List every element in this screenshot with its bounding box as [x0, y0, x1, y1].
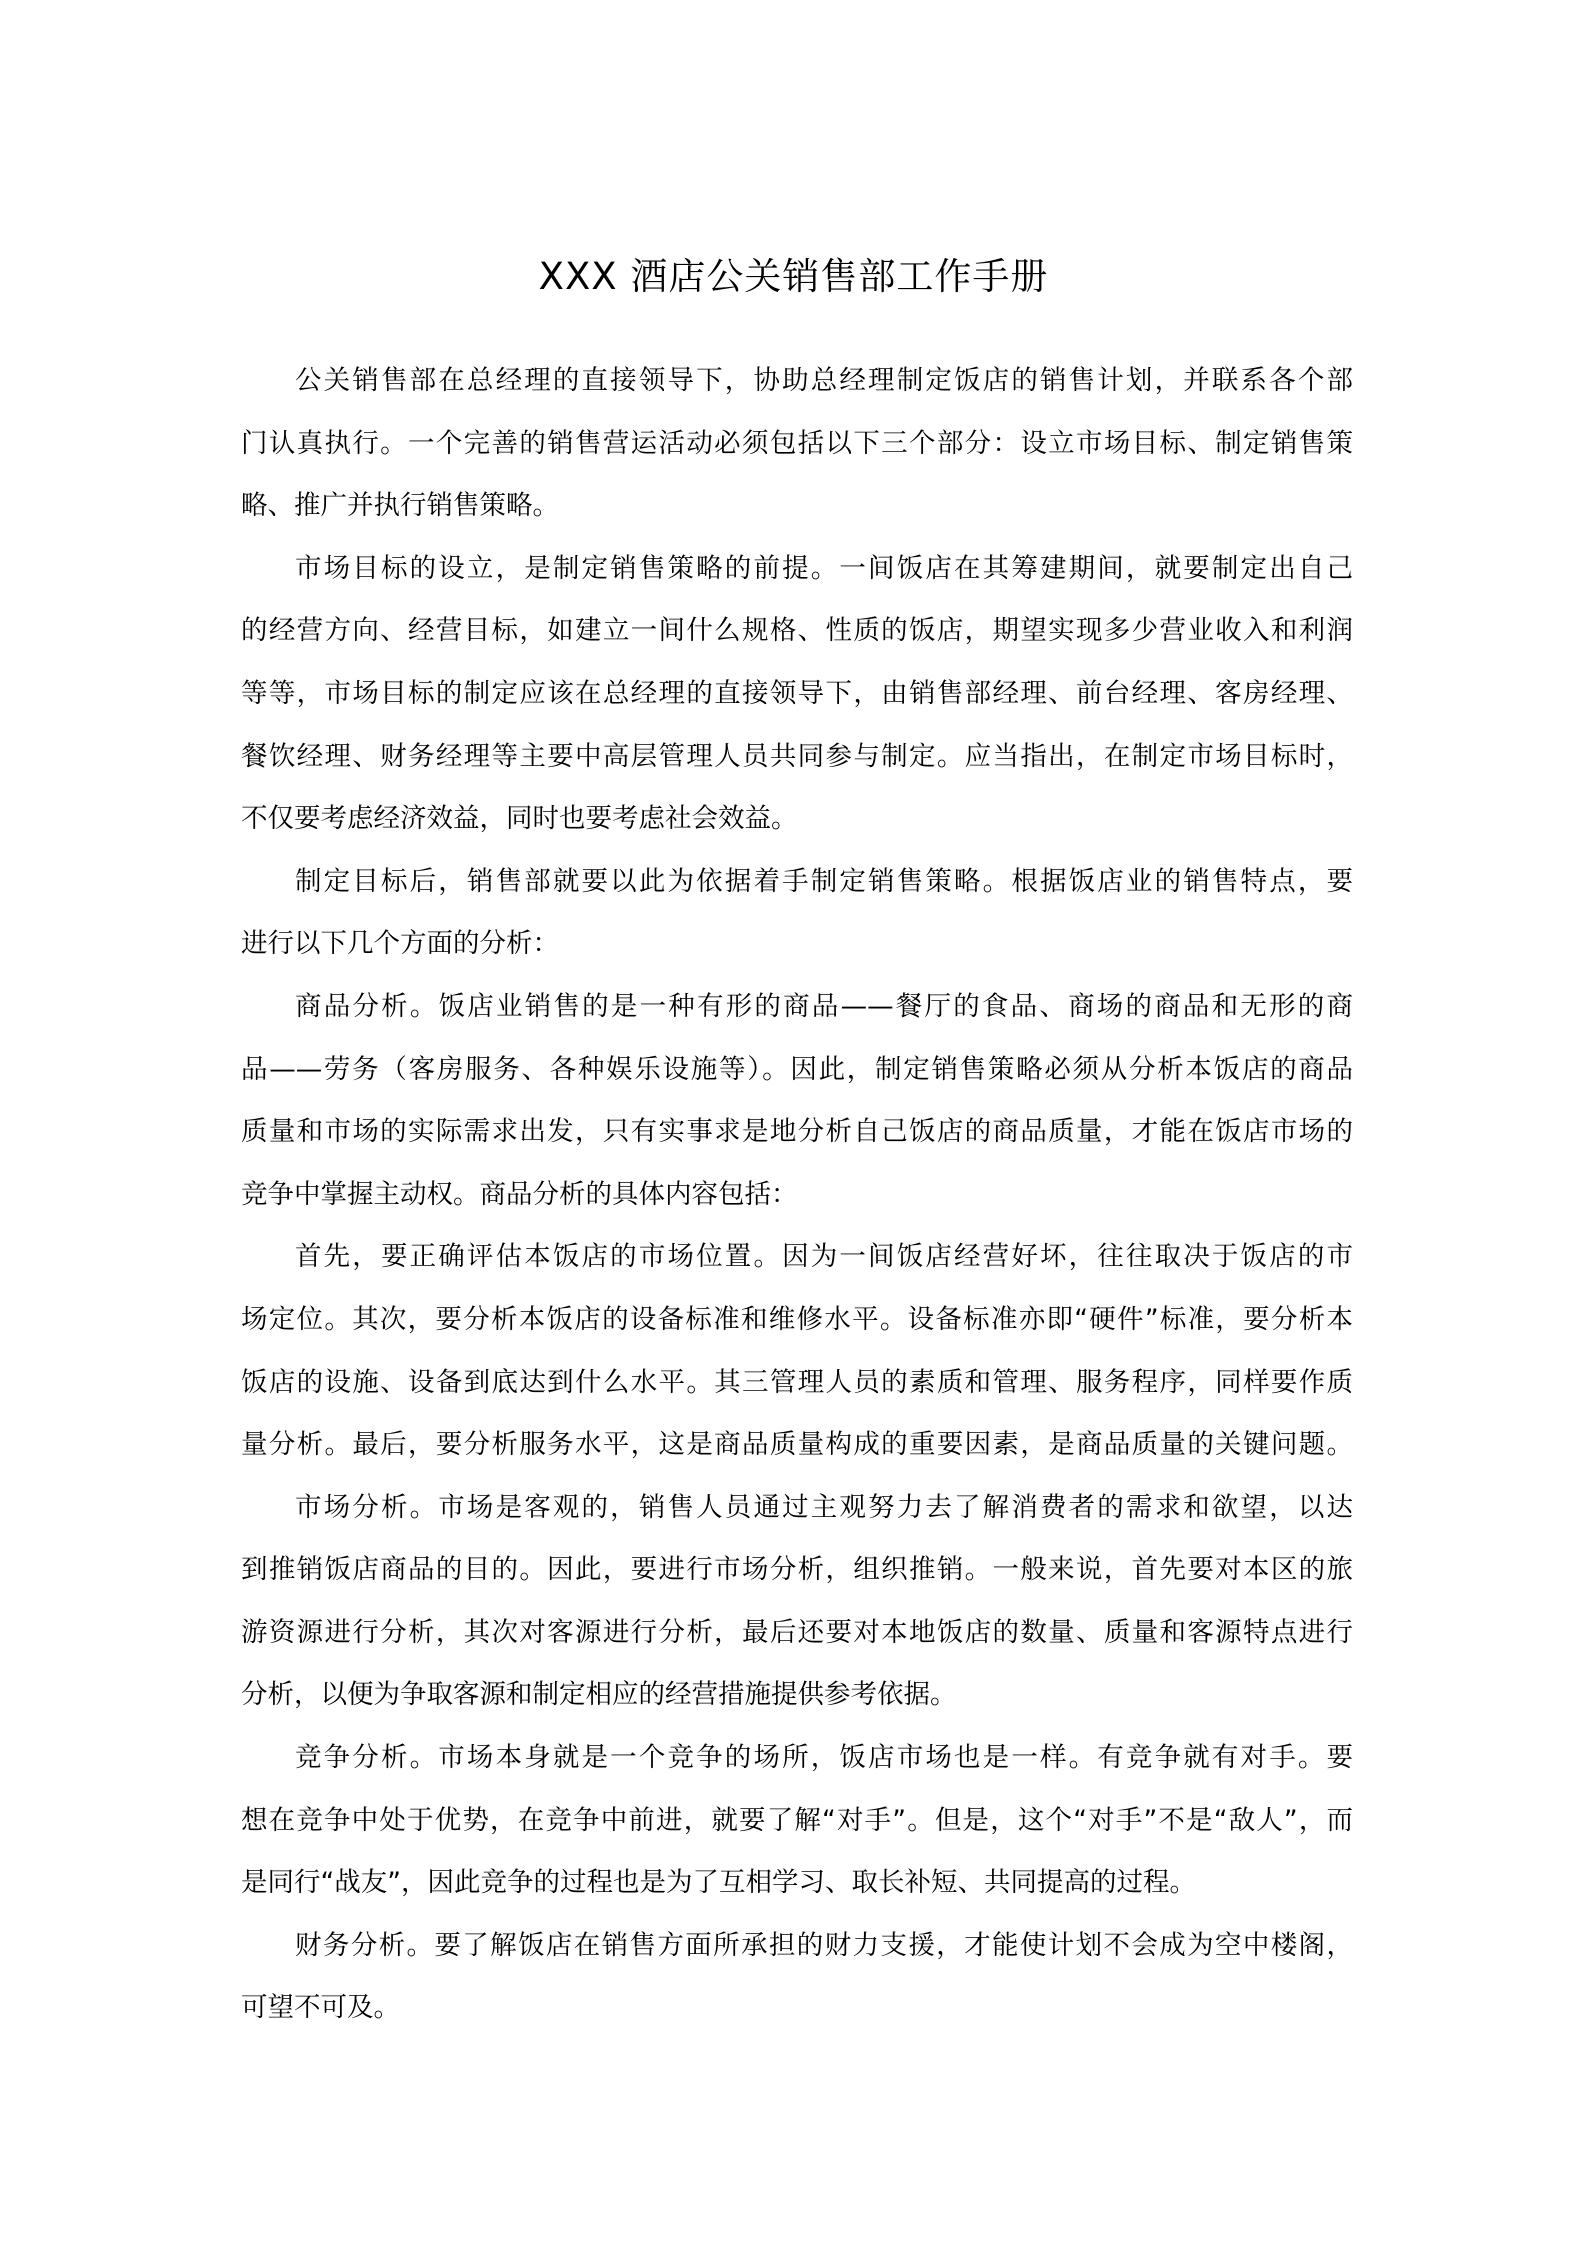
paragraph-financial-analysis: 财务分析。要了解饭店在销售方面所承担的财力支援，才能使计划不会成为空中楼阁， 可…	[241, 1915, 1353, 2040]
paragraph-line: 想在竞争中处于优势，在竞争中前进，就要了解“对手”。但是，这个“对手”不是“敌人…	[241, 1790, 1353, 1853]
paragraph-line: 可望不可及。	[241, 1977, 1353, 2040]
paragraph-market-analysis: 市场分析。市场是客观的，销售人员通过主观努力去了解消费者的需求和欲望，以达 到推…	[241, 1477, 1353, 1727]
paragraph-intro: 公关销售部在总经理的直接领导下，协助总经理制定饭店的销售计划，并联系各个部 门认…	[241, 350, 1353, 538]
paragraph-line: 餐饮经理、财务经理等主要中高层管理人员共同参与制定。应当指出，在制定市场目标时，	[241, 726, 1353, 789]
paragraph-line: 品——劳务（客房服务、各种娱乐设施等）。因此，制定销售策略必须从分析本饭店的商品	[241, 1039, 1353, 1102]
paragraph-market-goals: 市场目标的设立，是制定销售策略的前提。一间饭店在其筹建期间，就要制定出自己 的经…	[241, 538, 1353, 851]
paragraph-product-analysis: 商品分析。饭店业销售的是一种有形的商品——餐厅的食品、商场的商品和无形的商 品—…	[241, 976, 1353, 1226]
paragraph-line: 市场目标的设立，是制定销售策略的前提。一间饭店在其筹建期间，就要制定出自己	[241, 538, 1353, 601]
paragraph-product-details: 首先，要正确评估本饭店的市场位置。因为一间饭店经营好坏，往往取决于饭店的市 场定…	[241, 1226, 1353, 1476]
paragraph-line: 分析，以便为争取客源和制定相应的经营措施提供参考依据。	[241, 1664, 1353, 1727]
paragraph-line: 游资源进行分析，其次对客源进行分析，最后还要对本地饭店的数量、质量和客源特点进行	[241, 1602, 1353, 1665]
paragraph-line: 饭店的设施、设备到底达到什么水平。其三管理人员的素质和管理、服务程序，同样要作质	[241, 1352, 1353, 1415]
paragraph-line: 门认真执行。一个完善的销售营运活动必须包括以下三个部分：设立市场目标、制定销售策	[241, 413, 1353, 476]
paragraph-line: 竞争中掌握主动权。商品分析的具体内容包括：	[241, 1164, 1353, 1227]
paragraph-strategy: 制定目标后，销售部就要以此为依据着手制定销售策略。根据饭店业的销售特点，要 进行…	[241, 851, 1353, 976]
paragraph-line: 财务分析。要了解饭店在销售方面所承担的财力支援，才能使计划不会成为空中楼阁，	[241, 1915, 1353, 1978]
paragraph-line: 竞争分析。市场本身就是一个竞争的场所，饭店市场也是一样。有竞争就有对手。要	[241, 1727, 1353, 1790]
paragraph-line: 略、推广并执行销售策略。	[241, 475, 1353, 538]
paragraph-line: 制定目标后，销售部就要以此为依据着手制定销售策略。根据饭店业的销售特点，要	[241, 851, 1353, 914]
paragraph-line: 场定位。其次，要分析本饭店的设备标准和维修水平。设备标准亦即“硬件”标准，要分析…	[241, 1289, 1353, 1352]
paragraph-line: 到推销饭店商品的目的。因此，要进行市场分析，组织推销。一般来说，首先要对本区的旅	[241, 1539, 1353, 1602]
paragraph-line: 等等，市场目标的制定应该在总经理的直接领导下，由销售部经理、前台经理、客房经理、	[241, 663, 1353, 726]
document-title: XXX 酒店公关销售部工作手册	[0, 252, 1587, 302]
paragraph-line: 量分析。最后，要分析服务水平，这是商品质量构成的重要因素，是商品质量的关键问题。	[241, 1414, 1353, 1477]
paragraph-line: 市场分析。市场是客观的，销售人员通过主观努力去了解消费者的需求和欲望，以达	[241, 1477, 1353, 1540]
paragraph-line: 商品分析。饭店业销售的是一种有形的商品——餐厅的食品、商场的商品和无形的商	[241, 976, 1353, 1039]
paragraph-line: 首先，要正确评估本饭店的市场位置。因为一间饭店经营好坏，往往取决于饭店的市	[241, 1226, 1353, 1289]
paragraph-line: 公关销售部在总经理的直接领导下，协助总经理制定饭店的销售计划，并联系各个部	[241, 350, 1353, 413]
document-page: XXX 酒店公关销售部工作手册 公关销售部在总经理的直接领导下，协助总经理制定饭…	[0, 0, 1587, 2245]
paragraph-competition-analysis: 竞争分析。市场本身就是一个竞争的场所，饭店市场也是一样。有竞争就有对手。要 想在…	[241, 1727, 1353, 1915]
document-body: 公关销售部在总经理的直接领导下，协助总经理制定饭店的销售计划，并联系各个部 门认…	[241, 350, 1353, 2040]
paragraph-line: 质量和市场的实际需求出发，只有实事求是地分析自己饭店的商品质量，才能在饭店市场的	[241, 1101, 1353, 1164]
paragraph-line: 是同行“战友”，因此竞争的过程也是为了互相学习、取长补短、共同提高的过程。	[241, 1852, 1353, 1915]
paragraph-line: 不仅要考虑经济效益，同时也要考虑社会效益。	[241, 788, 1353, 851]
paragraph-line: 进行以下几个方面的分析：	[241, 913, 1353, 976]
paragraph-line: 的经营方向、经营目标，如建立一间什么规格、性质的饭店，期望实现多少营业收入和利润	[241, 600, 1353, 663]
